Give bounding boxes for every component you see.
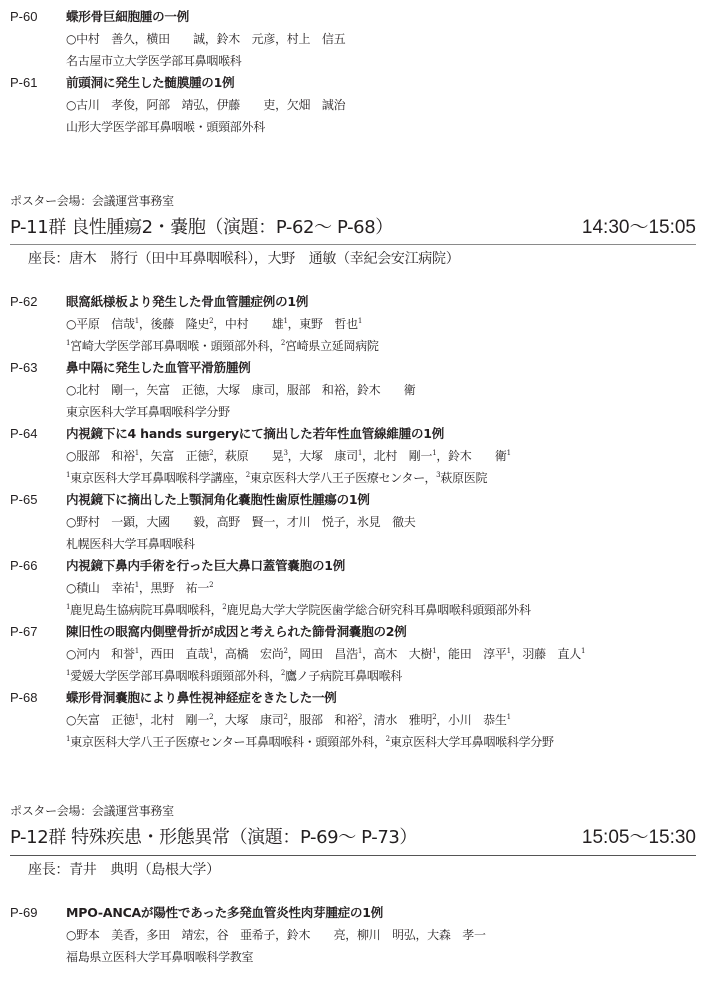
session-chair: 座長：青井 典明（島根大学）: [28, 861, 220, 879]
poster-authors: ○矢富 正徳1，北村 剛一2，大塚 康司2，服部 和裕2，清水 雅明2，小川 恭…: [66, 711, 511, 729]
poster-id: P-69: [10, 904, 37, 922]
poster-title: 鼻中隔に発生した血管平滑筋腫例: [66, 359, 251, 377]
poster-id: P-60: [10, 8, 37, 26]
poster-authors: ○河内 和誉1，西田 直哉1，高橋 宏尚2，岡田 昌浩1，高木 大樹1，能田 淳…: [66, 645, 585, 663]
poster-affiliation: 1東京医科大学耳鼻咽喉科学講座，2東京医科大学八王子医療センター，3萩原医院: [66, 469, 487, 487]
poster-title: 内視鏡下に摘出した上顎洞角化嚢胞性歯原性腫瘍の1例: [66, 491, 370, 509]
poster-affiliation: 山形大学医学部耳鼻咽喉・頭頸部外科: [66, 118, 265, 136]
session-venue: ポスター会場：会議運営事務室: [10, 803, 174, 819]
poster-affiliation: 名古屋市立大学医学部耳鼻咽喉科: [66, 52, 242, 70]
poster-title: 内視鏡下鼻内手術を行った巨大鼻口蓋管嚢胞の1例: [66, 557, 345, 575]
poster-title: 蝶形骨巨細胞腫の一例: [66, 8, 189, 26]
poster-authors: ○積山 幸祐1，黒野 祐一2: [66, 579, 213, 597]
poster-id: P-67: [10, 623, 37, 641]
poster-affiliation: 1鹿児島生協病院耳鼻咽喉科，2鹿児島大学大学院医歯学総合研究科耳鼻咽喉科頭頸部外…: [66, 601, 531, 619]
poster-id: P-66: [10, 557, 37, 575]
poster-id: P-61: [10, 74, 37, 92]
poster-authors: ○野本 美香，多田 靖宏，谷 亜希子，鈴木 亮，柳川 明弘，大森 孝一: [66, 926, 486, 944]
session-divider: [10, 244, 696, 245]
poster-id: P-65: [10, 491, 37, 509]
session-title: P-12群 特殊疾患・形態異常（演題：P-69～ P-73）: [10, 827, 417, 849]
poster-title: 前頭洞に発生した髄膜腫の1例: [66, 74, 234, 92]
poster-id: P-62: [10, 293, 37, 311]
session-chair: 座長：唐木 將行（田中耳鼻咽喉科），大野 通敏（幸紀会安江病院）: [28, 250, 459, 268]
poster-title: 眼窩紙様板より発生した骨血管腫症例の1例: [66, 293, 308, 311]
poster-authors: ○古川 孝俊，阿部 靖弘，伊藤 吏，欠畑 誠治: [66, 96, 345, 114]
poster-affiliation: 福島県立医科大学耳鼻咽喉科学教室: [66, 948, 253, 966]
poster-title: 陳旧性の眼窩内側壁骨折が成因と考えられた篩骨洞嚢胞の2例: [66, 623, 407, 641]
poster-authors: ○服部 和裕1，矢富 正徳2，萩原 晃3，大塚 康司1，北村 剛一1，鈴木 衛1: [66, 447, 511, 465]
poster-affiliation: 1宮崎大学医学部耳鼻咽喉・頭頸部外科，2宮崎県立延岡病院: [66, 337, 379, 355]
poster-affiliation: 1東京医科大学八王子医療センター耳鼻咽喉科・頭頸部外科，2東京医科大学耳鼻咽喉科…: [66, 733, 554, 751]
poster-affiliation: 東京医科大学耳鼻咽喉科学分野: [66, 403, 230, 421]
poster-id: P-63: [10, 359, 37, 377]
poster-id: P-64: [10, 425, 37, 443]
session-time: 14:30～15:05: [582, 217, 696, 239]
session-venue: ポスター会場：会議運営事務室: [10, 193, 174, 209]
session-time: 15:05～15:30: [582, 827, 696, 849]
poster-authors: ○野村 一顕，大國 毅，高野 賢一，才川 悦子，氷見 徹夫: [66, 513, 415, 531]
poster-authors: ○平原 信哉1，後藤 隆史2，中村 雄1，東野 哲也1: [66, 315, 362, 333]
poster-title: MPO-ANCAが陽性であった多発血管炎性肉芽腫症の1例: [66, 904, 383, 922]
poster-authors: ○中村 善久，横田 誠，鈴木 元彦，村上 信五: [66, 30, 345, 48]
poster-authors: ○北村 剛一，矢富 正徳，大塚 康司，服部 和裕，鈴木 衛: [66, 381, 415, 399]
poster-id: P-68: [10, 689, 37, 707]
poster-title: 蝶形骨洞嚢胞により鼻性視神経症をきたした一例: [66, 689, 337, 707]
poster-title: 内視鏡下に4 hands surgeryにて摘出した若年性血管線維腫の1例: [66, 425, 444, 443]
session-divider: [10, 855, 696, 856]
poster-affiliation: 1愛媛大学医学部耳鼻咽喉科頭頸部外科，2鷹ノ子病院耳鼻咽喉科: [66, 667, 402, 685]
session-title: P-11群 良性腫瘍2・嚢胞（演題：P-62～ P-68）: [10, 217, 393, 239]
poster-affiliation: 札幌医科大学耳鼻咽喉科: [66, 535, 195, 553]
